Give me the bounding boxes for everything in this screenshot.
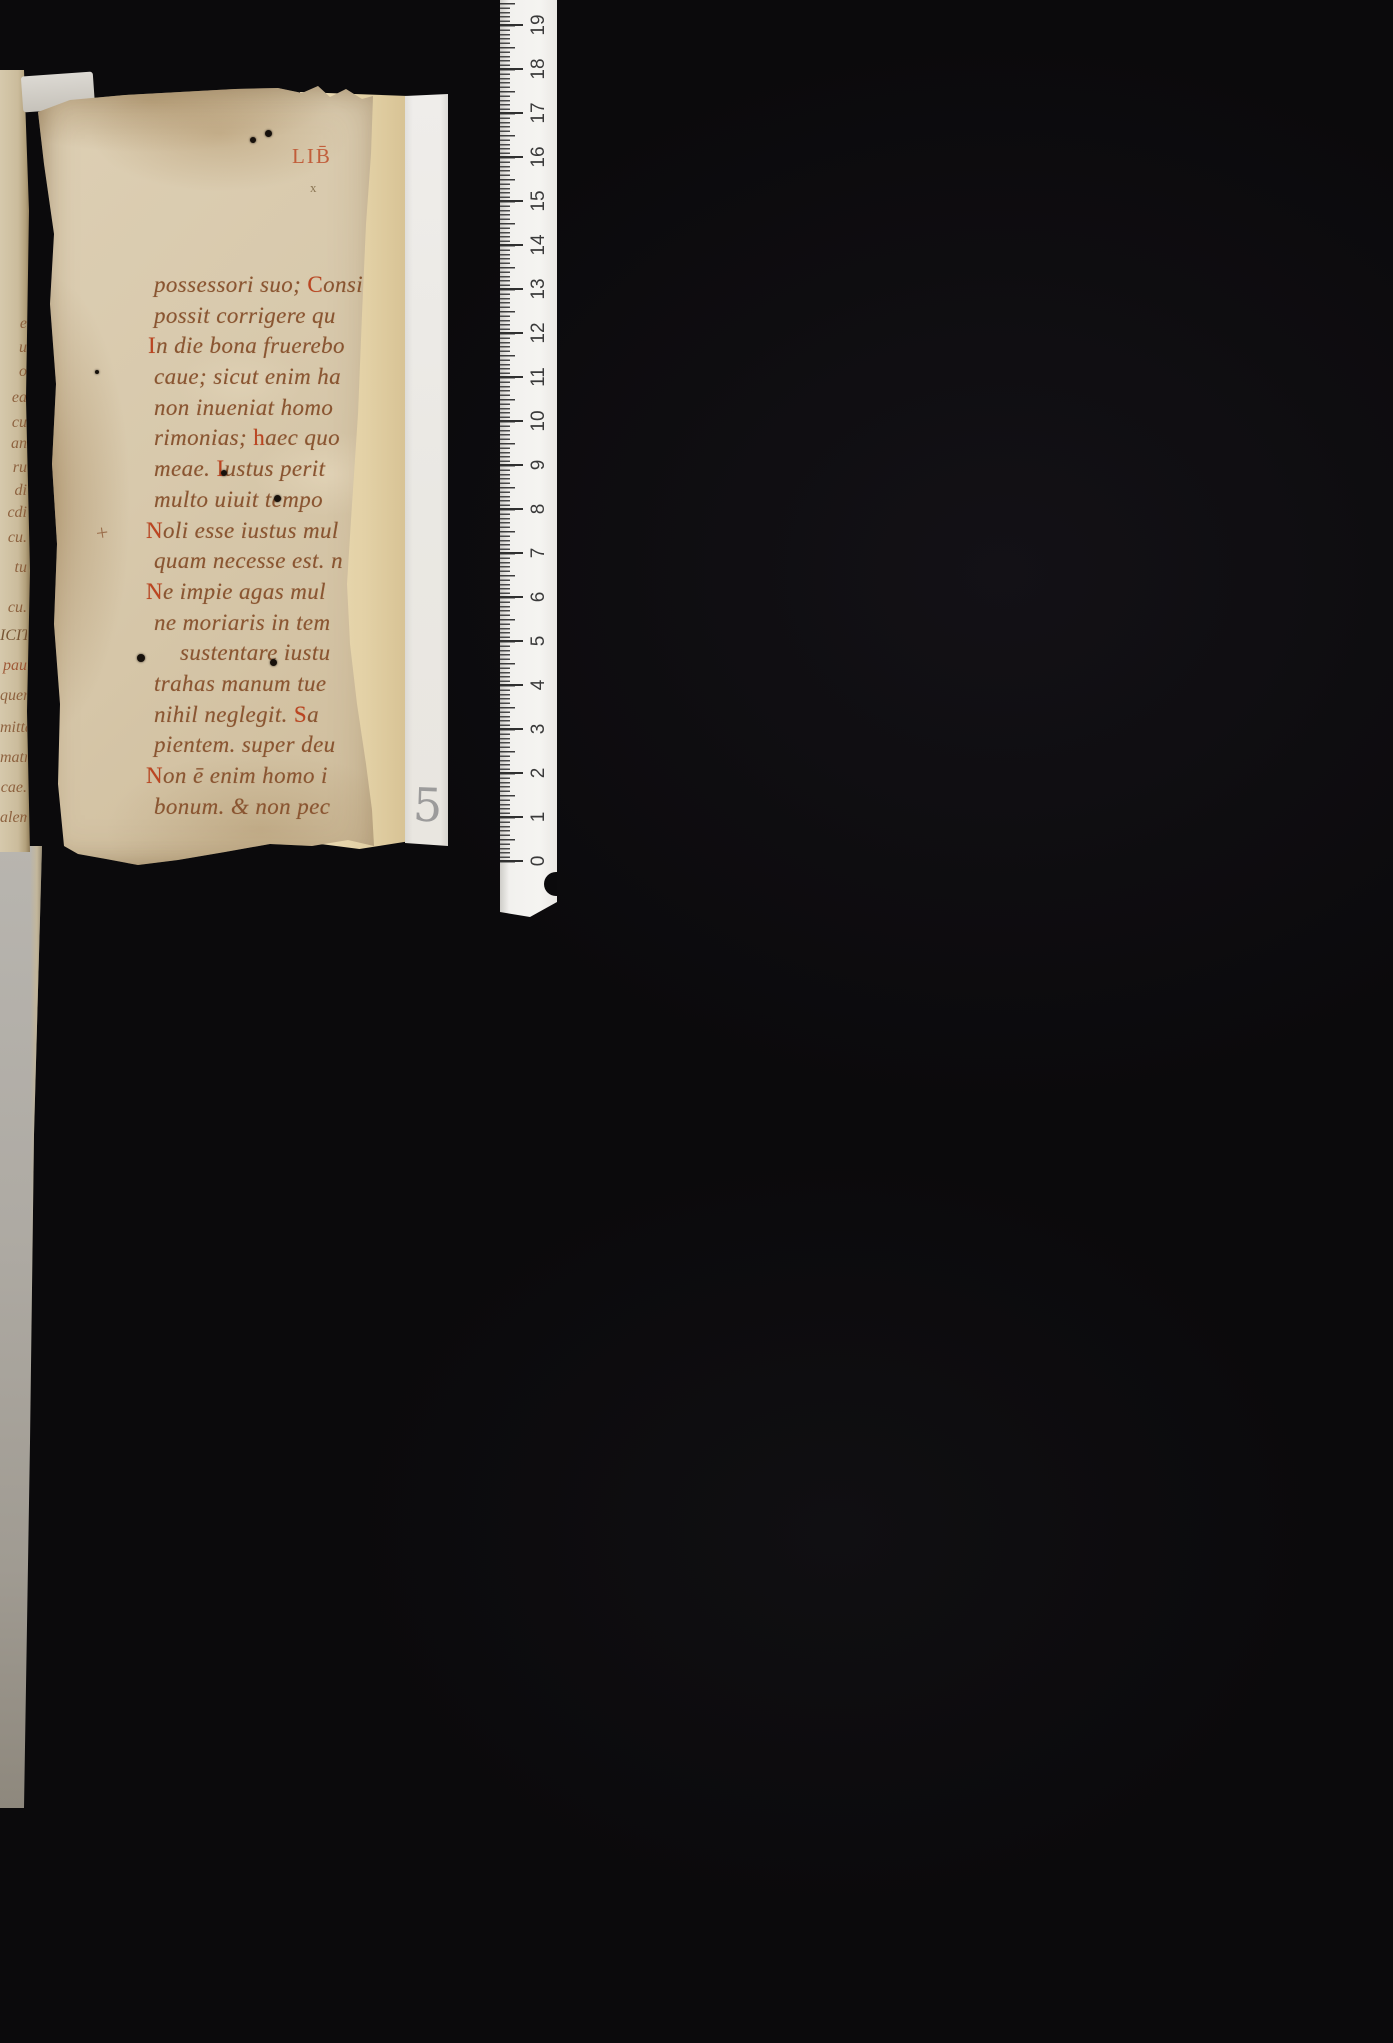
manuscript-page: LIB̄ x + possessori suo; Consipossit cor…	[30, 84, 378, 870]
backing-page-strip	[0, 846, 42, 1808]
ruler-number: 11	[528, 362, 550, 392]
photo-canvas: euoeacuanrudicdicu.tucu.ICIT.pauquemmitt…	[0, 0, 1393, 2043]
measuring-ruler: 012345678910111213141516171819	[500, 0, 557, 917]
rubric-initial: N	[146, 763, 163, 788]
ruler-number: 2	[528, 758, 550, 788]
ruler-number: 8	[528, 494, 550, 524]
ruler-number: 19	[528, 10, 550, 40]
ruler-number: 9	[528, 450, 550, 480]
ruler-number: 5	[528, 626, 550, 656]
rubric-initial: C	[307, 272, 323, 297]
wormhole	[95, 370, 99, 374]
ruler-number: 4	[528, 670, 550, 700]
gutter-fragment: tu	[0, 560, 27, 576]
ruler-number: 18	[528, 54, 550, 84]
white-leaf-strip: 5	[405, 94, 448, 846]
gutter-fragment: o	[0, 364, 27, 380]
gutter-fragment: alem	[0, 810, 27, 826]
ruler-number: 12	[528, 318, 550, 348]
gutter-fragment: cae.	[0, 780, 27, 796]
folio-number: 5	[412, 782, 443, 829]
gutter-fragment: ea	[0, 390, 27, 406]
book-rubric: LIB̄	[292, 144, 332, 169]
gutter-fragment: ru	[0, 460, 27, 476]
gutter-fragment: e	[0, 316, 27, 332]
rubric-initial: I	[148, 333, 156, 358]
ruler-number: 3	[528, 714, 550, 744]
ruler-number: 15	[528, 186, 550, 216]
margin-cross-mark: +	[94, 519, 110, 546]
ruler-number: 13	[528, 274, 550, 304]
ruler-number: 10	[528, 406, 550, 436]
gutter-fragment: cdi	[0, 505, 27, 521]
wormhole	[270, 659, 277, 666]
ruler-number: 1	[528, 802, 550, 832]
ruler-cm-ticks	[500, 24, 523, 863]
ruler-number: 14	[528, 230, 550, 260]
rubric-initial: S	[294, 702, 307, 727]
rubric-initial: I	[216, 456, 224, 481]
gutter-fragment: pau	[0, 658, 27, 674]
previous-leaf-edge: euoeacuanrudicdicu.tucu.ICIT.pauquemmitt…	[0, 70, 30, 852]
ruler-number: 16	[528, 142, 550, 172]
gutter-fragment: quem	[0, 688, 27, 704]
gutter-fragment: mitta	[0, 720, 27, 736]
wormhole	[137, 654, 145, 662]
wormhole	[265, 130, 272, 137]
wormhole	[221, 470, 227, 476]
rubric-initial: N	[146, 579, 163, 604]
rubric-initial: h	[253, 425, 265, 450]
gutter-fragment: cu.	[0, 530, 27, 546]
ruler-number: 17	[528, 98, 550, 128]
gutter-fragment: cu	[0, 415, 27, 431]
header-mark: x	[310, 180, 317, 196]
gutter-fragment: an	[0, 436, 27, 452]
gutter-fragment: u	[0, 340, 27, 356]
gutter-fragment: matri	[0, 750, 27, 766]
wormhole	[274, 495, 281, 502]
gutter-fragment: cu.	[0, 600, 27, 616]
gutter-fragment: ICIT.	[0, 628, 27, 644]
ruler-hole	[544, 872, 557, 896]
ruler-number: 6	[528, 582, 550, 612]
ruler-number: 7	[528, 538, 550, 568]
rubric-initial: N	[146, 518, 163, 543]
wormhole	[250, 137, 256, 143]
gutter-fragment: di	[0, 483, 27, 499]
ruler-number: 0	[528, 846, 550, 876]
